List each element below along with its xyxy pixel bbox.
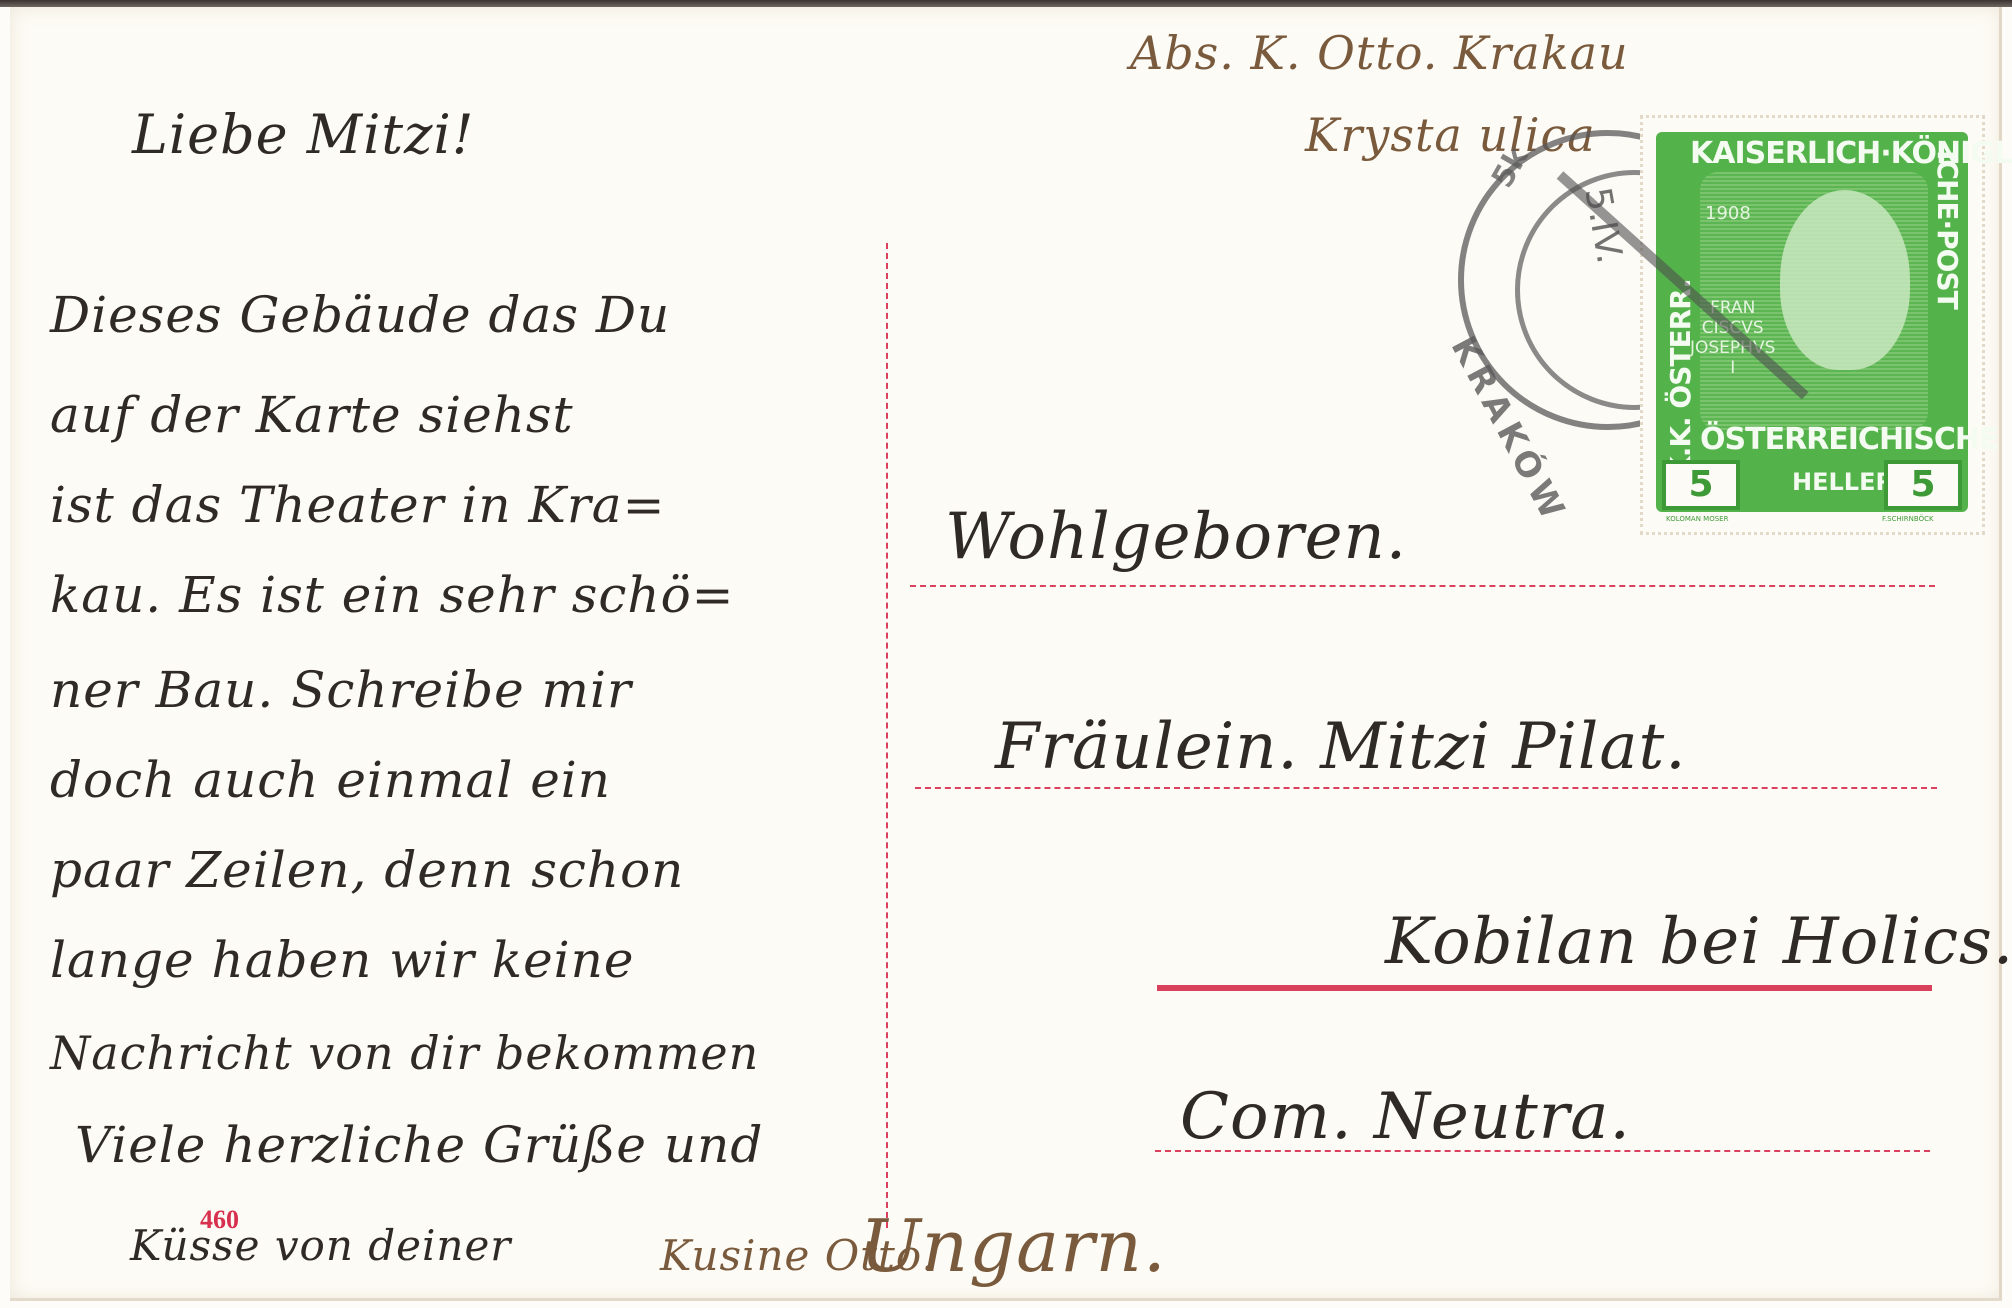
message-line: kau. Es ist ein sehr schö= [50,570,735,620]
address-town: Kobilan bei Holics. [1385,910,2012,974]
stamp-right-text: ICHE·POST [1931,150,1964,309]
message-line: ner Bau. Schreibe mir [50,665,632,715]
message-line: Dieses Gebäude das Du [50,290,670,340]
stamp-value-left: 5 [1662,460,1740,510]
catalog-number: 460 [200,1205,239,1235]
stamp-engraver-credit: F.SCHIRNBÖCK [1882,515,1934,523]
postcard-bottom-edge [10,1298,2002,1301]
message-line: Küsse von deiner [130,1225,511,1267]
address-line-1 [910,585,1935,587]
scan-top-border [0,0,2012,7]
emperor-portrait-icon [1780,190,1910,370]
message-line: ist das Theater in Kra= [50,480,665,530]
sender-line-1: Abs. K. Otto. Krakau [1130,30,1629,76]
message-line: doch auch einmal ein [50,755,611,805]
center-divider [886,243,888,1228]
message-salutation: Liebe Mitzi! [132,108,474,162]
message-line: paar Zeilen, denn schon [50,845,684,895]
message-line: Viele herzliche Grüße und [75,1120,763,1170]
address-recipient: Fräulein. Mitzi Pilat. [995,715,1687,779]
stamp-value-right: 5 [1884,460,1962,510]
address-line-2 [915,787,1937,789]
stamp-designer-credit: KOLOMAN MOSER [1666,515,1728,523]
message-line: lange haben wir keine [50,935,634,985]
stamp-bottom-text: ÖSTERREICHISCHE [1700,422,1998,457]
address-county: Com. Neutra. [1180,1085,1631,1149]
address-salutation: Wohlgeboren. [945,505,1407,569]
address-line-3-red-underline [1157,985,1932,991]
stamp-currency: HELLER [1792,468,1894,496]
address-country: Ungarn. [860,1210,1167,1282]
postcard-right-edge [1999,7,2002,1300]
stamp-year: 1908 [1705,203,1751,224]
message-line: Nachricht von dir bekommen [50,1030,759,1076]
message-line: auf der Karte siehst [50,390,574,440]
